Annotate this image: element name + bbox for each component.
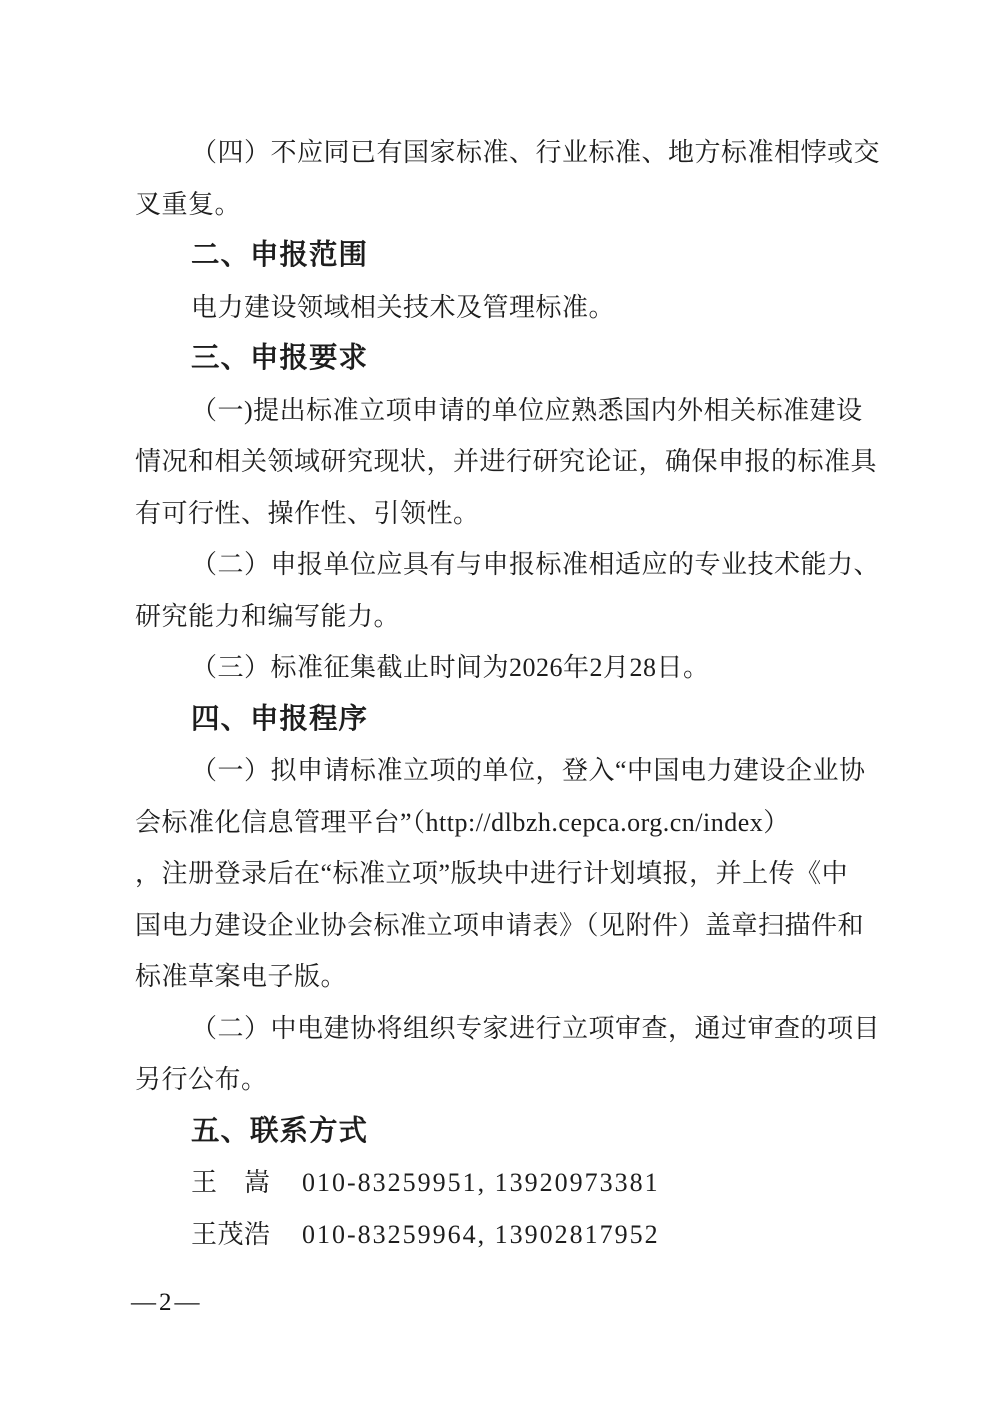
paragraph-item-4-line-1: （四）不应同已有国家标准、行业标准、地方标准相悖或交 bbox=[135, 127, 880, 179]
contact-phone: 010-83259951, 13920973381 bbox=[302, 1157, 660, 1209]
requirement-2-line-1: （二）申报单位应具有与申报标准相适应的专业技术能力、 bbox=[135, 539, 880, 591]
section-heading-2-application-scope: 二、申报范围 bbox=[135, 230, 880, 282]
requirement-2-line-2: 研究能力和编写能力。 bbox=[135, 591, 880, 643]
procedure-2-line-1: （二）中电建协将组织专家进行立项审查，通过审查的项目 bbox=[135, 1003, 880, 1055]
page-number: —2— bbox=[131, 1282, 203, 1324]
procedure-1-line-1: （一）拟申请标准立项的单位，登入“中国电力建设企业协 bbox=[135, 745, 880, 797]
contact-name: 王 嵩 bbox=[191, 1157, 271, 1209]
requirement-1-line-3: 有可行性、操作性、引领性。 bbox=[135, 488, 880, 540]
requirement-3-deadline: （三）标准征集截止时间为2026年2月28日。 bbox=[135, 642, 880, 694]
contact-phone: 010-83259964, 13902817952 bbox=[302, 1209, 660, 1261]
section-heading-5-contact-info: 五、联系方式 bbox=[135, 1106, 880, 1158]
contact-name: 王茂浩 bbox=[191, 1209, 271, 1261]
scanned-document-page: （四）不应同已有国家标准、行业标准、地方标准相悖或交 叉重复。 二、申报范围 电… bbox=[0, 0, 992, 1403]
procedure-1-line-2-platform-url: 会标准化信息管理平台”（http://dlbzh.cepca.org.cn/in… bbox=[135, 797, 880, 849]
contact-row: 王茂浩 010-83259964, 13902817952 bbox=[135, 1209, 880, 1261]
contact-row: 王 嵩 010-83259951, 13920973381 bbox=[135, 1157, 880, 1209]
scope-paragraph: 电力建设领域相关技术及管理标准。 bbox=[135, 282, 880, 334]
procedure-2-line-2: 另行公布。 bbox=[135, 1054, 880, 1106]
section-heading-3-application-requirements: 三、申报要求 bbox=[135, 333, 880, 385]
procedure-1-line-4: 国电力建设企业协会标准立项申请表》（见附件）盖章扫描件和 bbox=[135, 900, 880, 952]
requirement-1-line-2: 情况和相关领域研究现状，并进行研究论证，确保申报的标准具 bbox=[135, 436, 880, 488]
section-heading-4-application-procedure: 四、申报程序 bbox=[135, 694, 880, 746]
paragraph-item-4-line-2: 叉重复。 bbox=[135, 179, 880, 231]
procedure-1-line-3: ，注册登录后在“标准立项”版块中进行计划填报，并上传《中 bbox=[135, 848, 880, 900]
document-body: （四）不应同已有国家标准、行业标准、地方标准相悖或交 叉重复。 二、申报范围 电… bbox=[135, 127, 880, 1260]
procedure-1-line-5: 标准草案电子版。 bbox=[135, 951, 880, 1003]
requirement-1-line-1: （一)提出标准立项申请的单位应熟悉国内外相关标准建设 bbox=[135, 385, 880, 437]
